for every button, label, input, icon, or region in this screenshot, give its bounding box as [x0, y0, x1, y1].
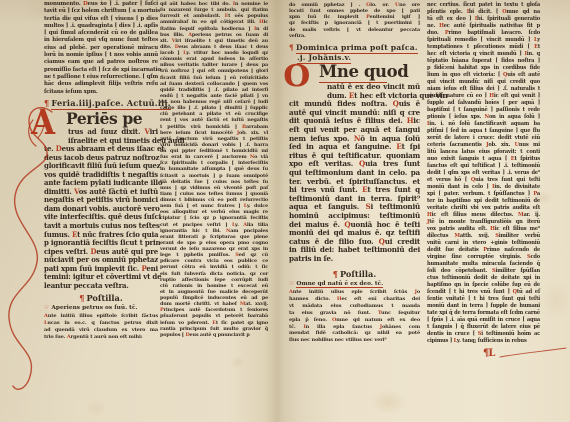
text-line: ptionis [ ieſus xps. Non in aqua ſolū ]: [427, 114, 540, 121]
text-line: ſius nec nobilius nec vtilius nec veri⁹: [289, 337, 420, 344]
rubricated-capital: L: [232, 222, 235, 228]
epistle-body: trus ad ſuuz dixit. Viriiſraelite et qui…: [44, 128, 158, 290]
text-line: ter in baptiſmo xpi dedit teſtimoniū de: [427, 198, 540, 205]
text-line: rantia principum fuit multo gravior q̄: [160, 326, 268, 332]
text-line: autē ſanctum virū negaſtis t petiſtis: [160, 136, 268, 142]
rubricated-capital: L: [244, 203, 247, 209]
text-line: tavit eū ] ſcz holem chriſtum [ a mortui…: [44, 8, 158, 15]
text-line: xerūt de latere i cruce: dedit vtutē eiū: [427, 135, 540, 142]
text-line: ruptio affectionis ſepe corrūpit iudi: [160, 277, 268, 283]
text-line: p fidē:eni habitat xps in cordibus fide: [427, 65, 540, 72]
text-line: mus ] qz vidimus eū viventē poſt paſ: [160, 185, 268, 191]
text-line: Hic eſt filius meus dilectus. Mar. ij.: [427, 212, 540, 219]
text-line: bus illis. Aperiens petrus os ſuam di: [160, 32, 268, 38]
text-line: ſentie vnitatē [ t hi tres ſunt qui teſt…: [427, 296, 540, 303]
text-line: ſoli deo cōpetebant. Similiter ſpūſſan: [427, 268, 540, 275]
rubricated-capital: S: [365, 202, 370, 211]
text-line: Jtē in monte tranſfiguratiōis qn iterū: [427, 219, 540, 226]
epistle-body: natū ē ex deo vincit mūdum. Et hec eſt v…: [289, 83, 420, 263]
text-line: promiſſio facta eſt ] ſcz de xpi incarna…: [44, 67, 158, 74]
left-page-postilla-body: Ante initiū illius epiſtole ſcribit ſāct…: [44, 313, 158, 341]
rubricated-capital: N: [484, 114, 488, 120]
text-line: in humanitate aſſumpta [ quē deus ſu: [160, 166, 268, 172]
right-page-postilla-incipit: ☞Omne qd natū ē ex deo. tc̄.: [289, 280, 420, 288]
text-line: erant litterati p ſcripturas que plene: [160, 234, 268, 240]
text-line: ciū rationis in homine t excecat eū: [160, 283, 268, 289]
text-line: ficavit filiū ſuū ieſum ] eū reſuſcitādo: [160, 75, 268, 81]
rubricated-capital: L: [183, 50, 186, 56]
rubricated-capital: E: [212, 320, 216, 326]
rubricated-capital: P: [533, 191, 537, 197]
rubricated-capital: Q: [393, 99, 399, 108]
text-line: perunt cōtra eū invidiā t odiū: t ſic: [160, 264, 268, 270]
rubricated-capital: J: [486, 142, 488, 148]
rubricated-capital: J: [415, 289, 417, 295]
left-page-feria-heading: ¶Feria.iiij.paſce. Actuū.iij.: [44, 98, 158, 108]
text-line: humanitate multa miracula faciendo q̄: [427, 261, 540, 268]
text-line: [ ſpūs ] .i. aīa quā emiſit in cruce [ a…: [427, 317, 540, 324]
rubricated-capital: D: [175, 44, 179, 50]
text-line: baptiſmi [ t ſanguinē ] paſſionis t rede: [427, 107, 540, 114]
rubricated-capital: S: [478, 331, 482, 337]
pilcrow-icon: ¶: [333, 269, 338, 279]
text-line: ſanctus eſt qui teſtificat ] .i. teſtimo…: [427, 163, 540, 170]
rubricated-capital: S: [495, 233, 499, 239]
right-page-epistle: O Mne quod natū ē ex deo vincit mūdum. E…: [289, 63, 420, 263]
text-line: ſupple ad ſalvandū hoīes [ per aquā ]: [427, 100, 540, 107]
rubricated-capital: I: [254, 26, 256, 32]
postilla-incipit-text: Aperiens petrus os ſuū. tc̄.: [51, 305, 137, 311]
text-line: qz feciſtis p ignoranciā [ t puertimini …: [289, 20, 420, 26]
rubricated-capital: E: [396, 142, 401, 151]
text-line: veritate chriſti vbi vox patris audita e…: [427, 205, 540, 212]
text-line: ſcitavit a mortuis ] p ſuam omnipotē: [160, 173, 268, 179]
text-line: de malis veſtris [ vt deleantur peccata: [289, 27, 420, 33]
text-line: ctus teſtimoniū dedit de deitate xpi in: [427, 275, 540, 282]
rubricated-capital: H: [427, 212, 432, 218]
rubricated-capital: O: [332, 317, 336, 323]
text-line: quidē tradidiſtis ] .ſ. pilato ad interf…: [160, 87, 268, 93]
text-line: multos ] .i. quadraginta [ dies ] .i. ap…: [44, 23, 158, 30]
text-line: lium in quo eſt victoria: [ Quis eſt aut…: [427, 72, 540, 79]
rubricated-capital: E: [511, 156, 515, 162]
text-line: ſcitans ieſum xpm.: [44, 89, 158, 96]
text-line: ſcendit [ t hi tres vnū ſunt ] Qtū ad eſ: [427, 289, 540, 296]
text-line: eius ad plebē. per operationē miracu: [44, 45, 158, 52]
rubricated-capital: Q: [513, 289, 517, 295]
text-line: temptationes t pſecutiones mūdi [ Et: [427, 44, 540, 51]
rubricated-capital: J: [237, 130, 239, 136]
text-line: rent [ vos autē ſāctū et iuſtū negaſtis: [160, 117, 268, 123]
text-line: qui vincit mundū: niſi qui credit quo: [427, 79, 540, 86]
rubricated-capital: M: [454, 233, 459, 239]
rubricated-capital: N: [226, 228, 230, 234]
text-line: nuo exivit ſanguis t aqua [ Et ſpiritus: [427, 156, 540, 163]
rubricated-capital: A: [188, 32, 192, 38]
rubric-end-mark: ¶L: [483, 349, 494, 359]
feria-heading-text: Feria.iiij.paſce. Actuū.iij.: [51, 98, 170, 110]
rubricated-capital: S: [527, 254, 531, 260]
text-line: cut et pncipes veſtri ] Ly. Alia tilia: [160, 222, 268, 228]
left-page-column1-commentary-top: monumento. Deus ẋo ] .i. pater [ ſuſcita…: [44, 1, 158, 96]
rubricated-capital: H: [259, 19, 263, 25]
text-line: hec eſt victoria q vincit mundū ] Iin. q: [427, 51, 540, 58]
rubricated-capital: Q: [471, 177, 475, 183]
text-line: tēptatio hūana ſuperat [ fides noſtra ]: [427, 58, 540, 65]
text-line: trio ſue. Argentū t aurū non eſt mihi:: [44, 334, 158, 341]
rubricated-capital: U: [515, 142, 519, 148]
rubricated-capital: E: [362, 185, 367, 194]
text-line: moniū dant in terra ] ſupple de humani: [427, 303, 540, 310]
text-line: tc̄. In illa epla ſanctus Johānes com: [289, 324, 420, 331]
text-line: leantur peccata veſtra.: [44, 282, 158, 291]
epistle-opening-words: Mne quod: [319, 63, 387, 83]
text-line: ad quendā virū claudum ex vtero ma: [44, 327, 158, 334]
text-line: [ qui ſimul aſcenderāt cū eo de galilea: [44, 30, 158, 37]
text-line: dilectus Matth. xvij. Similiter verbū: [427, 233, 540, 240]
rubricated-capital: H: [490, 226, 495, 232]
text-line: ptiſmi [ ſed in aqua t ſanguine ] que fl…: [427, 128, 540, 135]
text-line: et verus hō [ Quia tres ſunt qui teſti: [427, 177, 540, 184]
rubricated-capital: H: [489, 93, 494, 99]
text-line: ammirabaf in eo qd cōtigerat illi. Hic: [160, 19, 268, 25]
rubricated-capital: E: [534, 44, 538, 50]
rubricated-capital: H: [439, 23, 444, 29]
rubricated-capital: V: [172, 38, 176, 44]
text-line: tū eſt ex deo ] Ibi. ſpirituali generati…: [427, 16, 540, 23]
lombard-initial-O: O: [283, 62, 310, 92]
rubricated-capital: V: [144, 127, 149, 136]
rubricated-capital: J: [380, 324, 382, 330]
text-line: t ſanguis ] q̄ fluxerūt de latere eius p…: [427, 324, 540, 331]
rubricated-capital: I: [467, 9, 469, 15]
rubricated-capital: D: [56, 144, 62, 153]
right-page-column2-commentary: nec certius. ſicut patet in textu t gloſ…: [427, 2, 540, 345]
rubricated-capital: Q: [503, 72, 507, 78]
text-line: ne t paſſione t eius reſurrectione. [ qſ…: [44, 74, 158, 81]
postilla-heading-text: Poſtilla.: [340, 269, 376, 279]
text-line: ieſum vo pderent. Et ſic patet qz igno: [160, 320, 268, 326]
rubricated-capital: I: [303, 324, 305, 330]
right-page-postilla-body: Ante initiū ulius eple ſcribit ſctūs Joh…: [289, 289, 420, 344]
rubricated-capital: B: [242, 124, 246, 130]
rubricated-capital: I: [233, 1, 235, 7]
text-line: in hieruſalem qui vſq nunc ſunt teſtes: [44, 37, 158, 44]
text-line: ſtatim ſequif epiſtola hodierna ] In di: [160, 26, 268, 32]
pilcrow-icon: ¶: [289, 43, 294, 52]
text-line: veſtra.: [289, 33, 420, 39]
rubricated-capital: G: [366, 2, 370, 8]
rubricated-capital: O: [502, 9, 506, 15]
text-line: eis fuit ſubverſa dicta noticia. qz cor: [160, 271, 268, 277]
text-line: ad ſuam dexterā collocando [ quem vos: [160, 81, 268, 87]
text-line: tertia die qui viſus eſt [ viuens [ p di…: [44, 16, 158, 23]
text-line: epla p̄ ſeno. Omne qd natum eſt ex deo: [289, 317, 420, 324]
rubricated-capital: A: [289, 289, 293, 295]
text-line: patris in ſe.: [289, 255, 420, 264]
text-line: populos [ Deus autē q pnunciavit p: [160, 332, 268, 338]
postilla-incipit-text: Omne qd natū ē ex deo. tc̄.: [296, 281, 383, 288]
rubricated-capital: Q: [359, 159, 365, 168]
rubricated-capital: L: [44, 320, 47, 326]
rubricated-capital: L: [454, 338, 457, 344]
text-line: Ante initiū ulius eple ſcribit ſctūs Jo: [289, 289, 420, 296]
text-line: litū lancea latus eius pforavit: t conti: [427, 149, 540, 156]
text-line: cipimus ] Ly. tanq; ſufficiens in rebus: [427, 338, 540, 345]
text-line: monumento. Deus ẋo ] .i. pater [ ſuſci: [44, 1, 158, 8]
rubricated-capital: T: [378, 310, 381, 316]
text-line: t petiſtis virū homicidā ] Barrabam: [160, 124, 268, 130]
pilcrow-icon: ¶: [79, 293, 84, 303]
rubricated-capital: M: [240, 301, 245, 307]
text-line: lorū in nomie ipſius [ t nos vobis annū: [44, 52, 158, 59]
text-line: virgine ſine corruptōe virginis. Scdo: [427, 254, 540, 261]
text-line: ignorantia hic t ibi. Nam pncipales: [160, 228, 268, 234]
text-line: pſentis eple. Ibi dicit. [ Omne qd na: [427, 9, 540, 16]
rubricated-capital: S: [235, 252, 238, 258]
text-line: vt mādata eius cuſtodiamus t manda: [289, 303, 420, 310]
text-line: nec certius. ſicut patet in textu t gloſ…: [427, 2, 540, 9]
lombard-initial-A: A: [31, 106, 55, 141]
text-line: Lucas in eo.c. q ſanctus petrus dixit: [44, 320, 158, 327]
text-line: eiuſdē nature cū eo ] Hic eſt qui venit …: [427, 93, 540, 100]
dominica-heading-line1: Dominica prima poſt paſca.: [296, 43, 418, 54]
text-line: trū noſtroz ] qui eſt omnipotens [ glori: [160, 68, 268, 74]
left-page-postilla-incipit: ☞Aperiens petrus os ſuū. tc̄.: [44, 304, 158, 312]
left-page-epistle: A Periēs pe trus ad ſuuz dixit. Viriiſra…: [44, 110, 158, 290]
text-line: tate xpi q̄ de terra formata eſt ſcdm ca…: [427, 310, 540, 317]
text-line: Iin. i. nō ſolū ſanctificavit aquam ba: [427, 121, 540, 128]
text-line: bere ieſum ſicut innocētē Job. xix. vl: [160, 130, 268, 136]
text-line: dentis in cruce [ Si teſtimoniū hoīm ac: [427, 331, 540, 338]
rubricated-capital: P: [483, 247, 487, 253]
rubricated-capital: A: [44, 313, 48, 319]
text-line: hannes dicto. Hec eſt enī charitas dei: [289, 296, 420, 303]
rubricated-capital: J: [427, 219, 429, 225]
rubricated-capital: N: [250, 154, 254, 160]
text-line: mendat fidē catholicā: qz nihil ea potē: [289, 330, 420, 337]
epistle-opening-words: Periēs pe: [66, 110, 158, 128]
text-line: baptiſmo qn in ſpecie colūbe ſup eū de: [427, 282, 540, 289]
manicule-icon: ☞: [289, 280, 294, 287]
rubricated-capital: E: [225, 13, 229, 19]
manicule-icon: ☞: [44, 304, 49, 311]
text-line: Ante initiū illius epiſtole ſcribit ſāct…: [44, 313, 158, 320]
text-line: vnitū carni in vtero +ginis teſtimoniū: [427, 240, 540, 247]
rubricated-capital: D: [83, 1, 88, 7]
rubricated-capital: D: [185, 332, 189, 338]
text-line: dedit [ qſm xps eſt veritas ] .i. verus …: [427, 170, 540, 177]
right-page-column1-commentary-top: do omniū pphetaz ] . Glo. or. Uno oreloc…: [289, 2, 420, 39]
text-line: ta eius gravia nō ſunt. Tunc ſequitur: [289, 310, 420, 317]
text-line: ſpirituali remedio [ vincit mundū ] Ly: [427, 37, 540, 44]
text-line: duo. Primo baptiſmali lavacro. ſcdo: [427, 30, 540, 37]
text-line: moniū dant in celo ] Iin. de divinitate: [427, 184, 540, 191]
rubricated-capital: M: [518, 212, 523, 218]
text-line: xpi [ pater. verbum. t ſpūſſanctus ] Pa: [427, 191, 540, 198]
rubricated-capital: H: [337, 296, 342, 302]
text-line: dedit ſue deitatis Primo naſcendo de: [427, 247, 540, 254]
rubricated-capital: P: [160, 307, 164, 313]
postilla-heading-text: Poſtilla.: [87, 293, 123, 303]
rubricated-capital: A: [243, 222, 247, 228]
right-page-postilla-heading: ¶Poſtilla.: [289, 270, 420, 279]
rubricated-capital: I: [525, 51, 527, 57]
book-photo: monumento. Deus ẋo ] .i. pater [ ſuſcita…: [0, 0, 570, 422]
rubricated-capital: P: [366, 14, 369, 20]
left-page-postilla-heading: ¶Poſtilla.: [44, 294, 158, 303]
text-line: cipiatur [ ſcio qz p ignorantiā feciſtis: [160, 215, 268, 221]
rubricated-capital: A: [67, 334, 71, 340]
text-line: ne. Hec autē ſpiritualis nativitas fit p: [427, 23, 540, 30]
rubricated-capital: L: [534, 37, 537, 43]
text-line: tiā deitatis ſue [ cuius nos teſtes ſu: [160, 179, 268, 185]
rubricated-capital: U: [395, 2, 399, 8]
rubricated-capital: I: [492, 184, 494, 190]
text-line: niam ieſus eſt filius dei ] .ſ. naturali…: [427, 86, 540, 93]
rubricated-capital: S: [492, 268, 496, 274]
rubricated-capital: I: [427, 121, 429, 127]
text-line: ceteris ſacramentis Job. xix. Unus mi: [427, 142, 540, 149]
text-line: ciamus eam que ad patres noſtros re: [44, 59, 158, 66]
text-line: vox patris audita eſt. Hic eſt filius me…: [427, 226, 540, 233]
left-page-column2-commentary: qd aūt habes hoc tibi do. In nomine ieſu…: [160, 1, 268, 338]
rubricated-capital: I: [475, 16, 477, 22]
rubricated-capital: P: [445, 30, 449, 36]
text-line: hāc deus adimplevit filijs veſtris reſu: [44, 81, 158, 88]
